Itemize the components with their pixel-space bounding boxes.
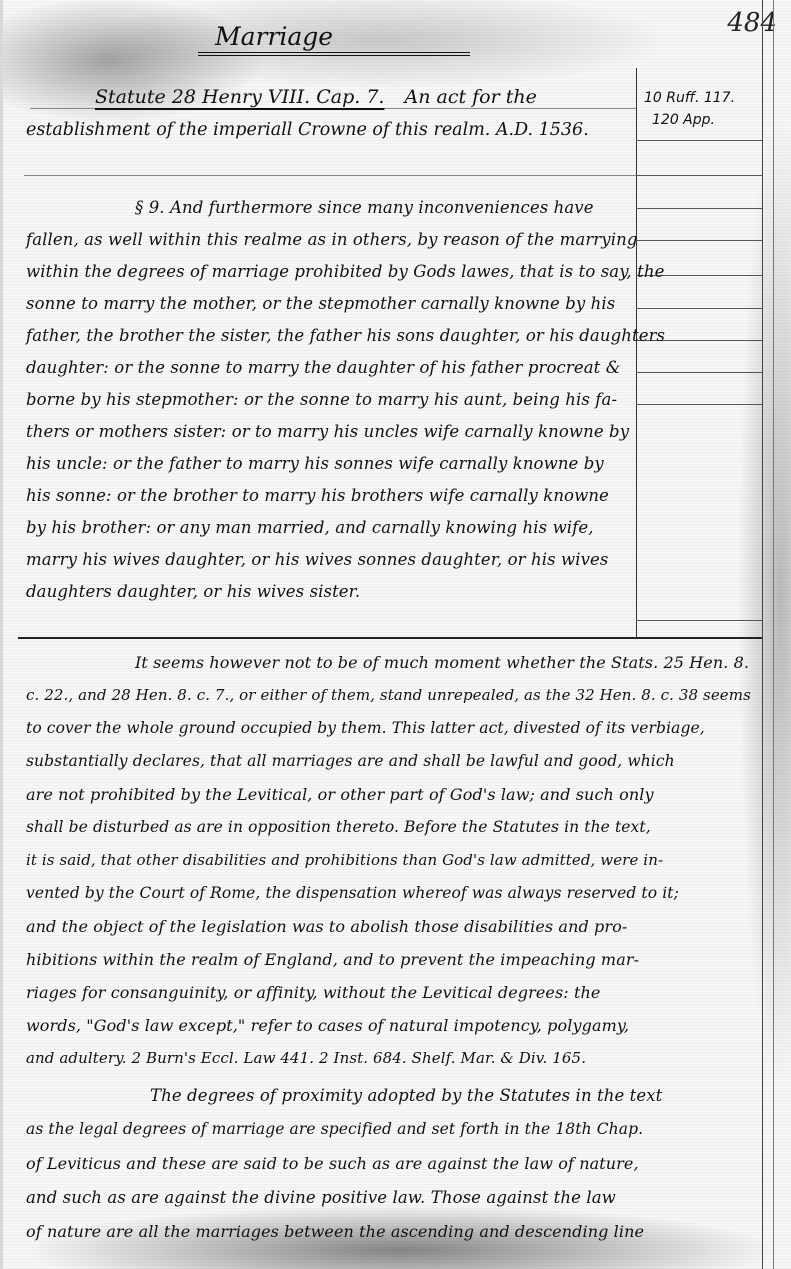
- commentary-line: are not prohibited by the Levitical, or …: [26, 785, 654, 804]
- statute-text-line: within the degrees of marriage prohibite…: [26, 262, 664, 281]
- statute-heading-line2: establishment of the imperiall Crowne of…: [26, 120, 589, 140]
- manuscript-page: 484 Marriage Statute 28 Henry VIII. Cap.…: [0, 0, 791, 1269]
- ruled-line: [30, 108, 636, 109]
- margin-rule: [636, 175, 762, 176]
- statute-text-line: marry his wives daughter, or his wives s…: [26, 550, 608, 569]
- margin-note: 120 App.: [652, 112, 715, 128]
- statute-text-line: his sonne: or the brother to marry his b…: [26, 486, 609, 505]
- commentary-line: to cover the whole ground occupied by th…: [26, 719, 705, 737]
- commentary-line: words, "God's law except," refer to case…: [26, 1016, 629, 1035]
- commentary-line: riages for consanguinity, or affinity, w…: [26, 983, 600, 1002]
- commentary-line: and the object of the legislation was to…: [26, 917, 627, 936]
- statute-text-line: his uncle: or the father to marry his so…: [26, 454, 604, 473]
- title-underline: [198, 52, 470, 53]
- commentary-line: It seems however not to be of much momen…: [135, 653, 749, 672]
- commentary-line: vented by the Court of Rome, the dispens…: [26, 884, 679, 902]
- outer-right-rule: [773, 0, 774, 1269]
- commentary-line: of Leviticus and these are said to be su…: [26, 1154, 639, 1173]
- page-number: 484: [727, 8, 777, 38]
- margin-rule: [636, 404, 762, 405]
- ruled-line: [24, 175, 636, 176]
- statute-citation: Statute 28 Henry VIII. Cap. 7.: [95, 86, 384, 108]
- commentary-line: of nature are all the marriages between …: [26, 1222, 644, 1241]
- margin-rule: [636, 208, 762, 209]
- commentary-line: and such as are against the divine posit…: [26, 1188, 616, 1207]
- page-title: Marriage: [215, 22, 333, 51]
- statute-text-line: daughters daughter, or his wives sister.: [26, 582, 360, 601]
- statute-text-line: borne by his stepmother: or the sonne to…: [26, 390, 617, 409]
- margin-rule: [636, 140, 762, 141]
- margin-rule: [636, 308, 762, 309]
- margin-rule: [636, 240, 762, 241]
- statute-text-line: sonne to marry the mother, or the stepmo…: [26, 294, 615, 313]
- commentary-line: The degrees of proximity adopted by the …: [150, 1086, 662, 1105]
- statute-text-line: father, the brother the sister, the fath…: [26, 326, 665, 345]
- statute-text-line: thers or mothers sister: or to marry his…: [26, 422, 629, 441]
- commentary-line: and adultery. 2 Burn's Eccl. Law 441. 2 …: [26, 1049, 586, 1067]
- commentary-line: shall be disturbed as are in opposition …: [26, 818, 651, 836]
- commentary-line: as the legal degrees of marriage are spe…: [26, 1120, 643, 1138]
- section-divider: [18, 637, 762, 639]
- margin-note: 10 Ruff. 117.: [644, 90, 735, 106]
- title-underline-2: [198, 55, 470, 56]
- commentary-line: substantially declares, that all marriag…: [26, 752, 675, 770]
- commentary-line: hibitions within the realm of England, a…: [26, 950, 639, 969]
- margin-column-right-rule: [762, 0, 763, 1269]
- statute-text-line: daughter: or the sonne to marry the daug…: [26, 358, 621, 377]
- statute-text-line: by his brother: or any man married, and …: [26, 518, 594, 537]
- statute-text-line: fallen, as well within this realme as in…: [26, 230, 637, 249]
- statute-text-line: § 9. And furthermore since many inconven…: [135, 198, 594, 217]
- page-edge: [0, 0, 3, 1269]
- margin-rule: [636, 372, 762, 373]
- margin-rule: [636, 620, 762, 621]
- statute-heading-rest: An act for the: [405, 86, 537, 108]
- margin-column-left-rule: [636, 68, 637, 638]
- commentary-line: c. 22., and 28 Hen. 8. c. 7., or either …: [26, 686, 751, 704]
- commentary-line: it is said, that other disabilities and …: [26, 851, 663, 869]
- statute-heading: Statute 28 Henry VIII. Cap. 7. An act fo…: [95, 86, 537, 108]
